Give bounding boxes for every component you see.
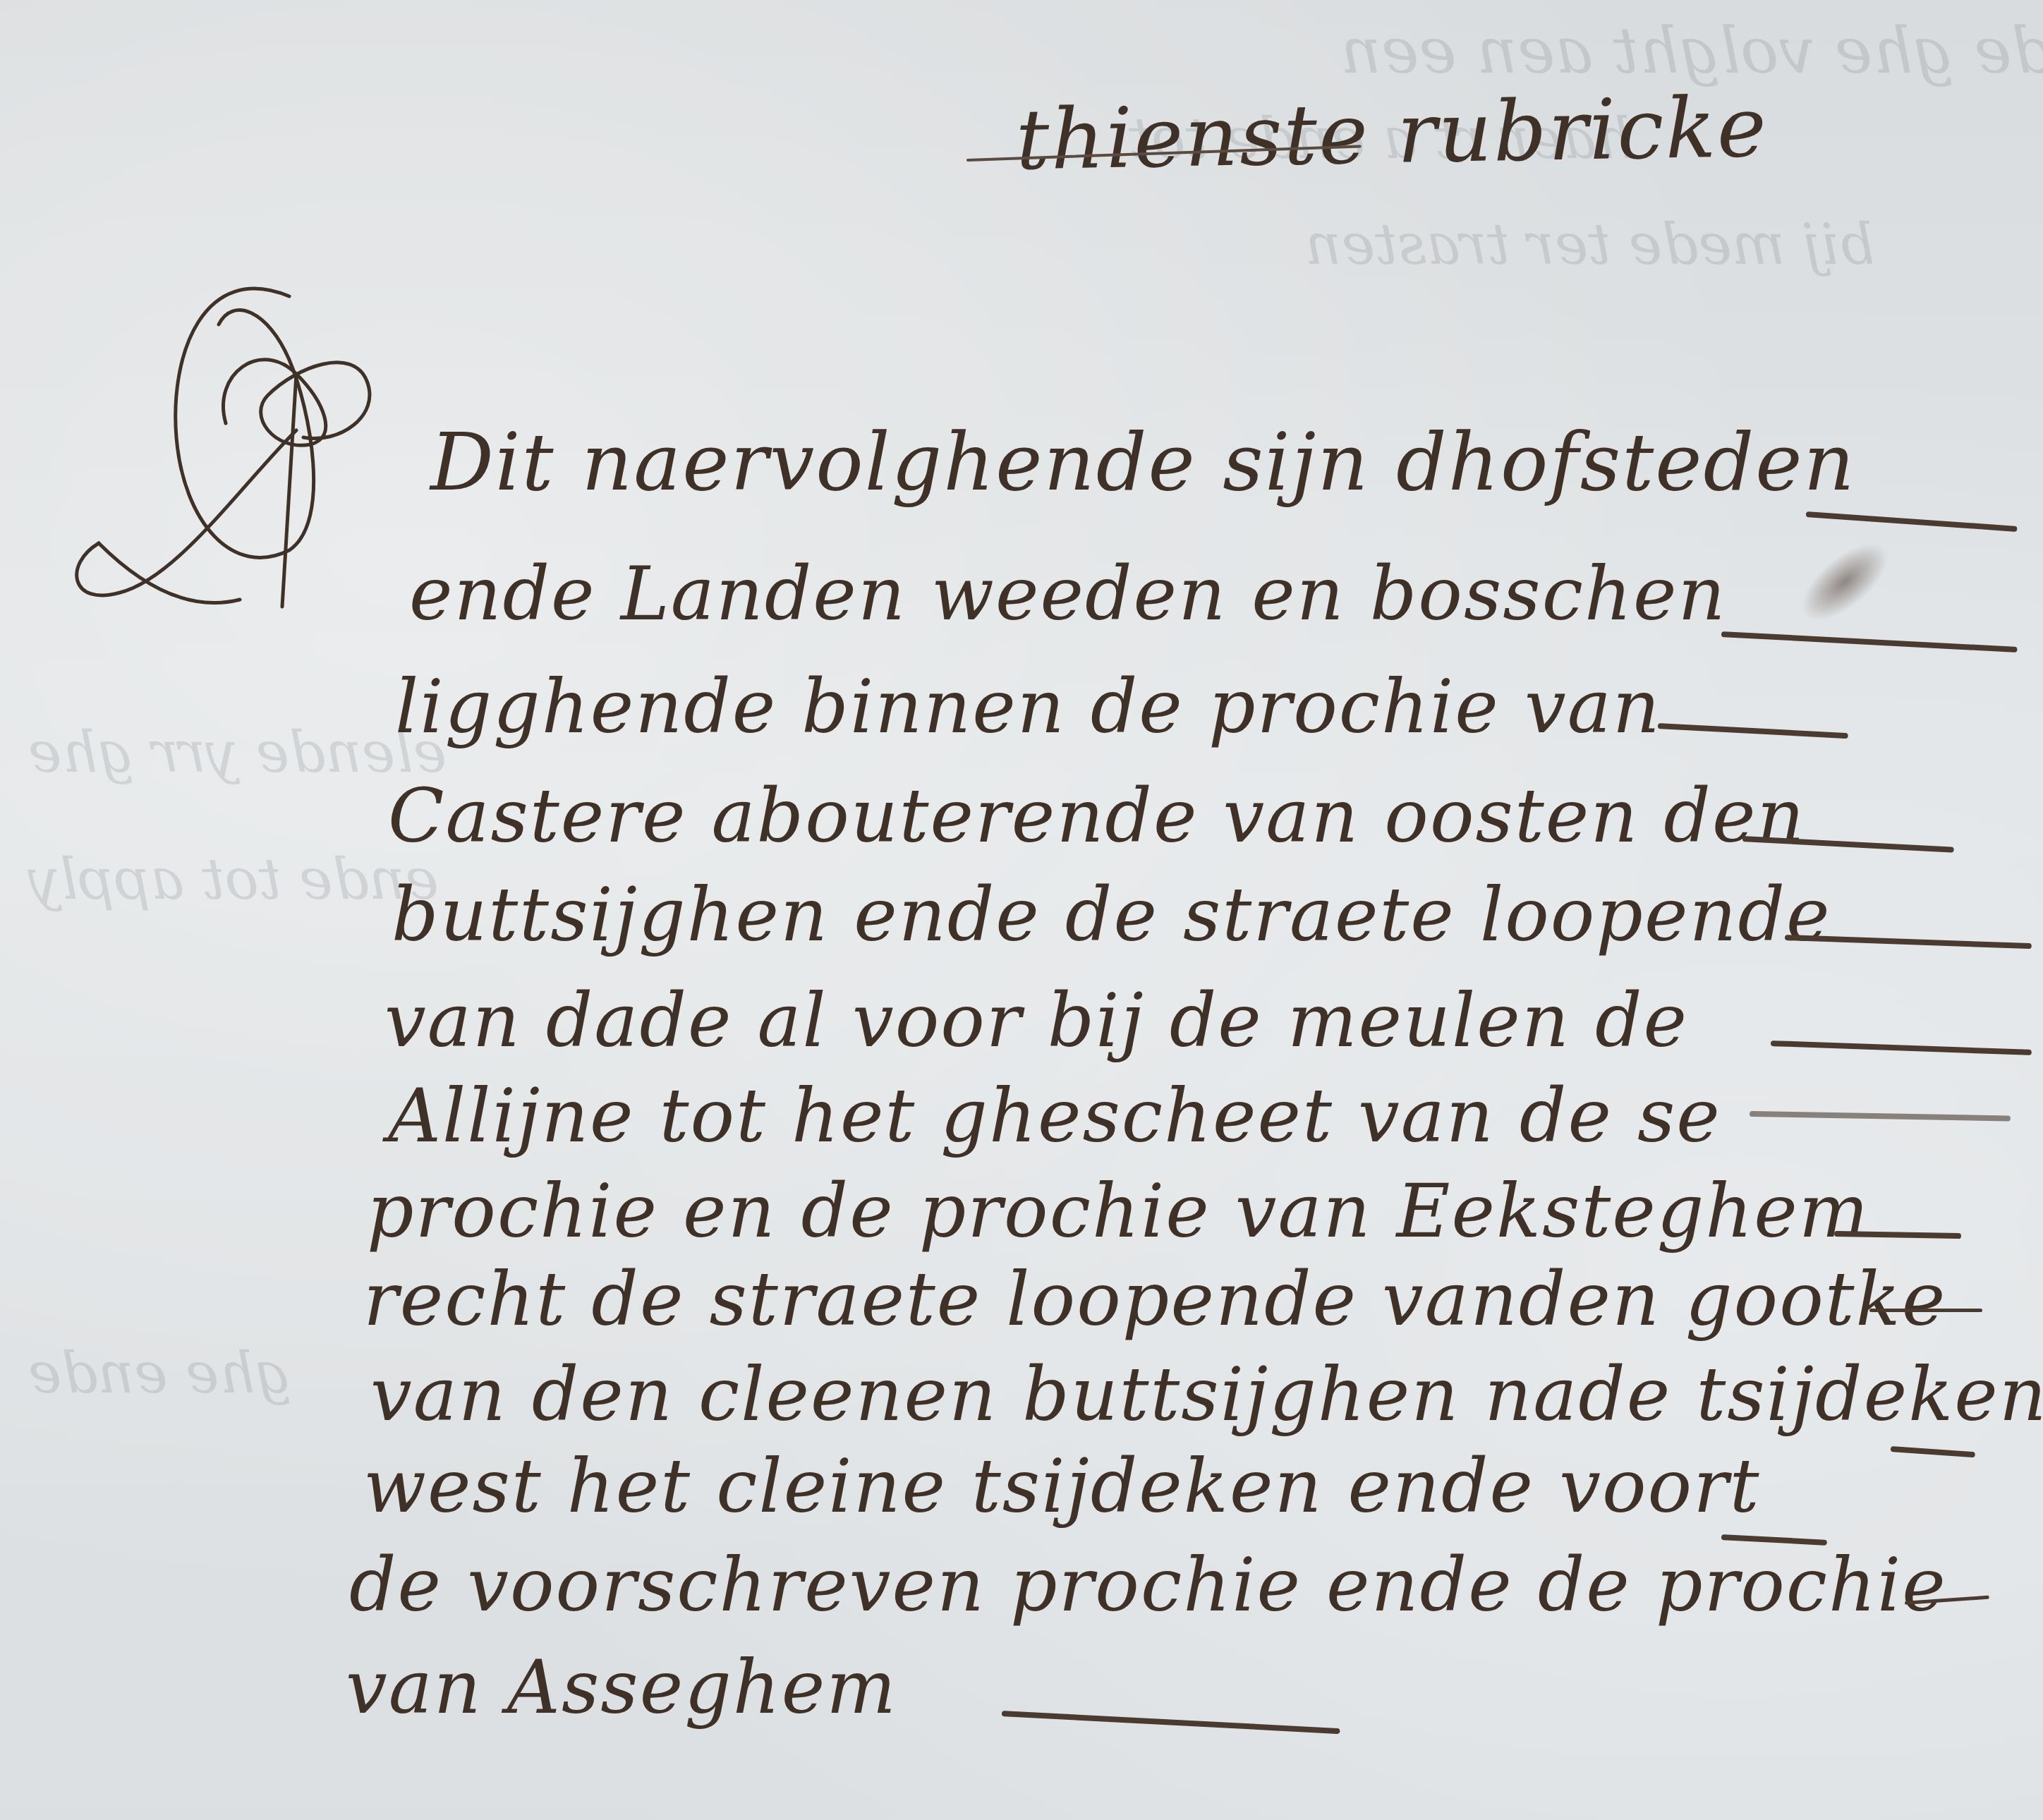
manuscript-line-13: van Asseghem [346,1651,897,1724]
manuscript-line-2: ende Landen weeden en bosschen [409,557,1726,631]
line-flourish [1771,1041,2032,1055]
bleed-through-text: elende yrr ghe [28,720,447,785]
manuscript-line-6: van dade al voor bij de meulen de [384,984,1688,1057]
manuscript-page: ende ghe volght aen een haer rt a ende t… [0,0,2043,1820]
decorative-initial-d-icon [56,254,451,621]
rubric-heading: thienste rubricke [1015,78,1769,189]
manuscript-line-7: Allijne tot het ghescheet van de se [388,1079,1721,1153]
bleed-through-text: ende tot apply [28,847,439,912]
line-flourish [1891,1446,1975,1457]
line-flourish [1721,631,2018,653]
bleed-through-text: ghe ende [28,1340,291,1406]
manuscript-line-11: west het cleine tsijdeken ende voort [363,1450,1761,1523]
manuscript-line-1: Dit naervolghende sijn dhofsteden [430,423,1856,502]
line-flourish [1750,1111,2011,1121]
manuscript-line-9: recht de straete loopende vanden gootke [363,1263,1946,1336]
line-flourish [1002,1711,1340,1734]
manuscript-line-10: van den cleenen buttsijghen nade tsijdek… [370,1358,2043,1431]
manuscript-line-3: ligghende binnen de prochie van [395,670,1661,744]
line-flourish [1658,723,1848,739]
manuscript-line-12: de voorschreven prochie ende de prochie [349,1548,1947,1622]
bleed-through-text: bij mede ter trasten [1305,212,1875,277]
ink-smudge [1788,529,1901,635]
line-flourish [1869,1309,1982,1312]
manuscript-line-8: prochie en de prochie van Eeksteghem [367,1175,1869,1248]
line-flourish [1806,511,2018,532]
manuscript-line-4: Castere abouterende van oosten den [388,779,1805,853]
bleed-through-text: ende ghe volght aen een [1340,14,2043,88]
manuscript-line-5: buttsijghen ende de straete loopende [392,878,1831,952]
